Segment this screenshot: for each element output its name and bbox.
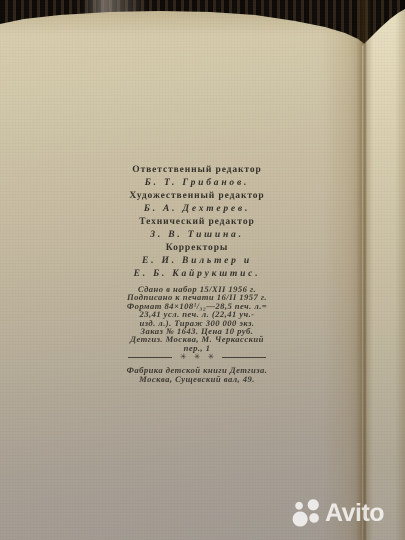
editor-name: Е. Б. Кайрукштис. [44, 268, 350, 281]
asterisk-divider: ✳ ✳ ✳ [44, 353, 350, 361]
editor-group: Ответственный редактор Б. Т. Грибанов. [44, 164, 350, 190]
page-gutter-shadow [356, 0, 373, 540]
facing-page-edge-shadow [395, 0, 405, 540]
printing-house-line: Москва, Сущевский вал, 49. [44, 375, 350, 384]
editor-name: Е. И. Вильтер и [44, 255, 350, 268]
imprint-line: пер., 1 [44, 344, 350, 352]
colophon-text-block: Ответственный редактор Б. Т. Грибанов. Х… [44, 164, 350, 384]
editor-name: Б. А. Дехтерев. [44, 203, 350, 216]
book-photo: Ответственный редактор Б. Т. Грибанов. Х… [0, 0, 405, 540]
divider-rule-right [222, 357, 266, 359]
editor-group: Корректоры Е. И. Вильтер и Е. Б. Кайрукш… [44, 242, 350, 281]
editor-group: Технический редактор З. В. Тишина. [44, 216, 350, 242]
editor-group: Художественный редактор Б. А. Дехтерев. [44, 190, 350, 216]
editor-role: Ответственный редактор [44, 164, 350, 177]
editor-role: Корректоры [44, 242, 350, 255]
editor-name: З. В. Тишина. [44, 229, 350, 242]
avito-logo-icon [292, 498, 322, 527]
avito-wordmark: Avito [325, 499, 384, 527]
editor-name: Б. Т. Грибанов. [44, 177, 350, 190]
divider-stars: ✳ ✳ ✳ [180, 353, 214, 361]
avito-watermark: Avito [292, 498, 384, 527]
editors-block: Ответственный редактор Б. Т. Грибанов. Х… [44, 164, 350, 281]
imprint-data-block: Сдано в набор 15/XII 1956 г. Подписано к… [44, 285, 350, 352]
editor-role: Технический редактор [44, 216, 350, 229]
printing-house-block: Фабрика детской книги Детгиза. Москва, С… [44, 366, 350, 384]
divider-rule-left [128, 357, 172, 359]
editor-role: Художественный редактор [44, 190, 350, 203]
